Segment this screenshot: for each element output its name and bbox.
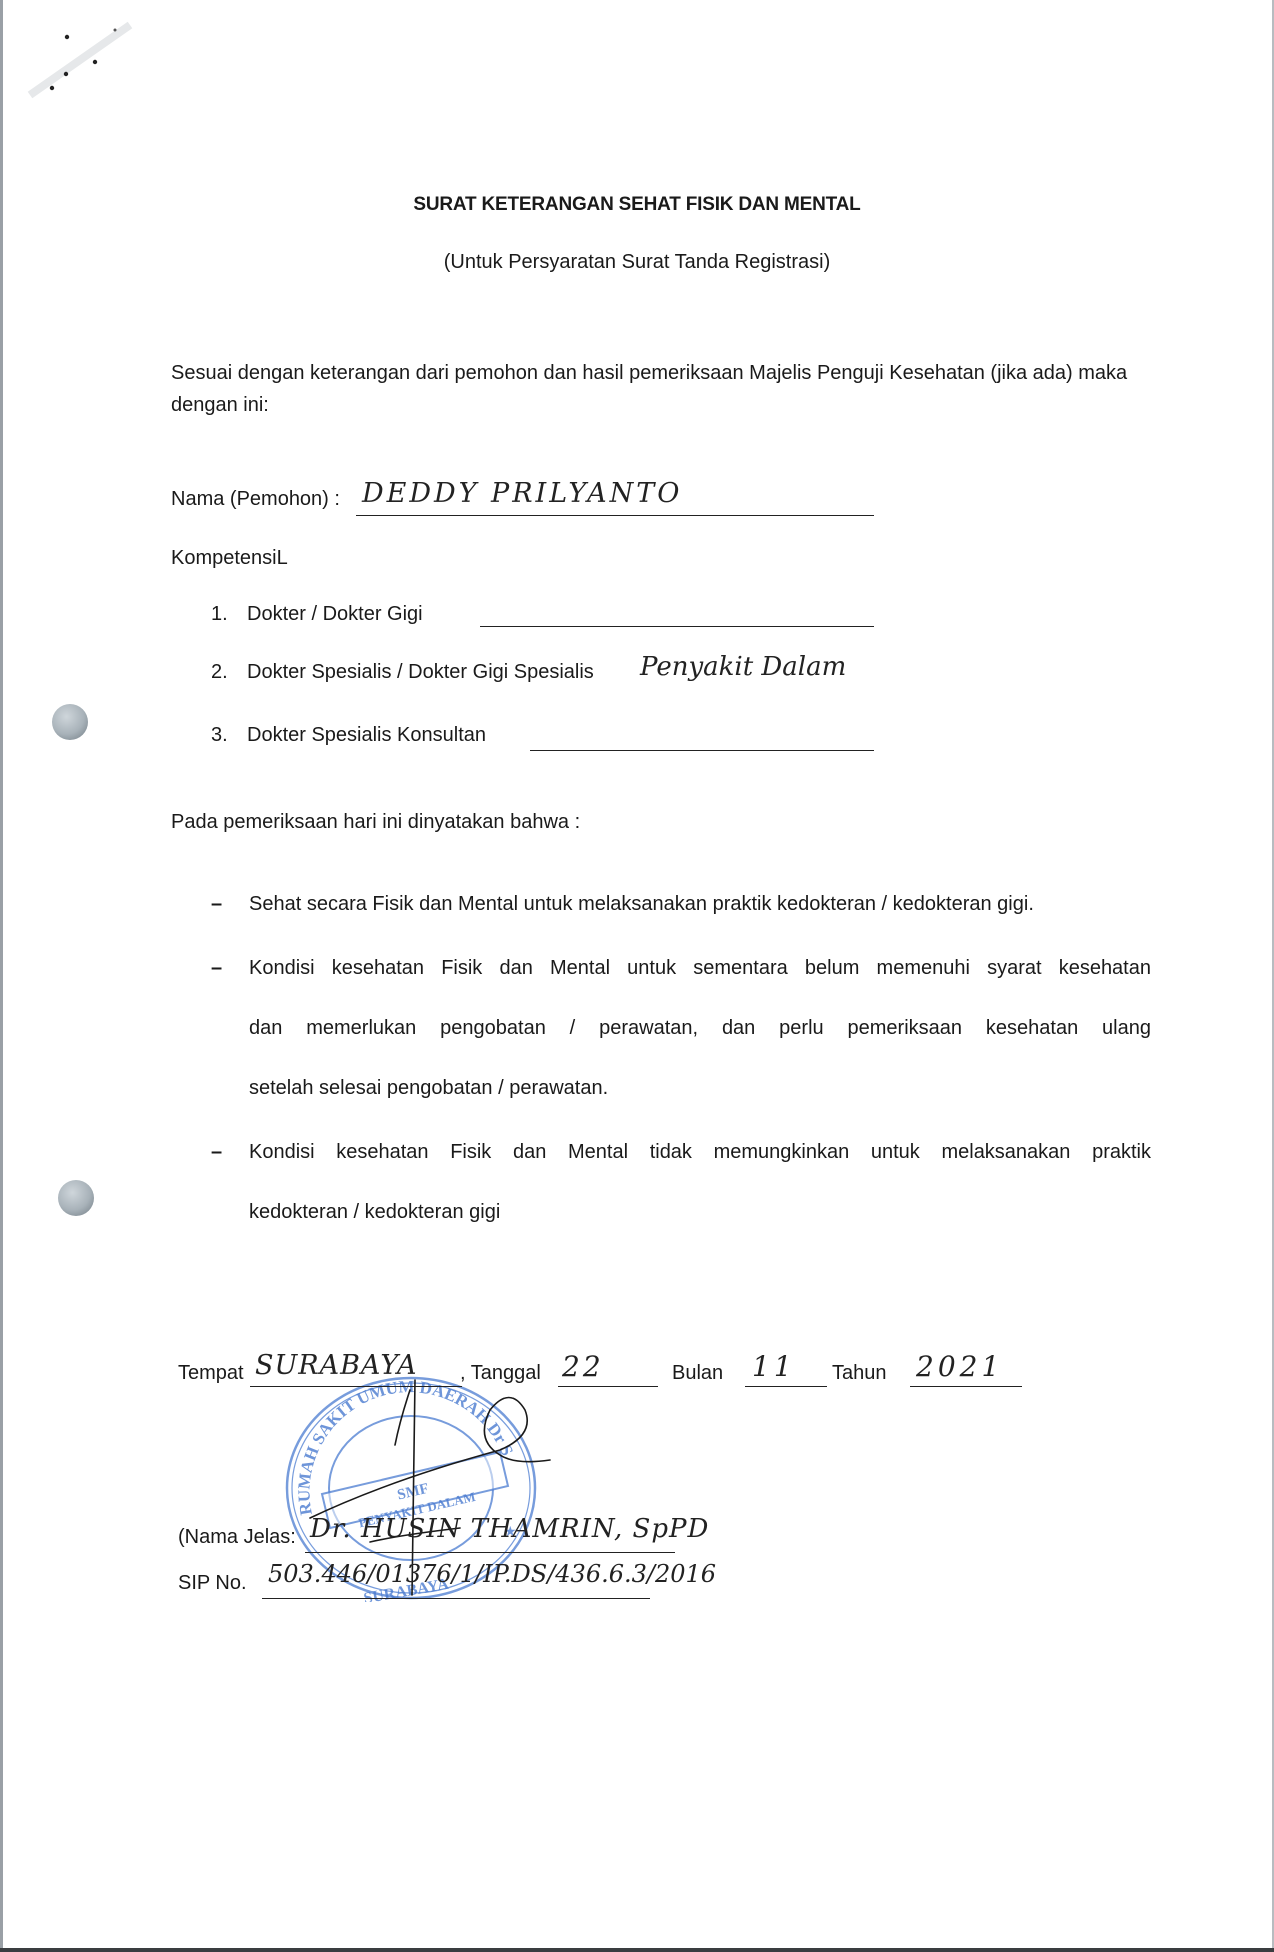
competence-label: KompetensiL (171, 547, 288, 570)
scan-edge-bottom (0, 1948, 1274, 1952)
sip-underline (262, 1598, 650, 1599)
full-name-field[interactable]: Dr. HUSIN THAMRIN, SpPD (310, 1514, 709, 1544)
full-name-label: (Nama Jelas: (178, 1526, 296, 1549)
place-underline (250, 1386, 462, 1387)
sip-field[interactable]: 503.446/01376/1/IP.DS/436.6.3/2016 (268, 1560, 716, 1588)
statement-2-line-1: Kondisi kesehatan Fisik dan Mental untuk… (249, 957, 1151, 980)
year-label: Tahun (832, 1362, 887, 1385)
month-underline (745, 1386, 827, 1387)
competence-item-2-number: 2. (211, 661, 228, 684)
punch-hole (58, 1180, 94, 1216)
statement-2-line-2: dan memerlukan pengobatan / perawatan, d… (249, 1017, 1151, 1040)
competence-item-3-underline (530, 750, 874, 751)
scan-specks (20, 15, 140, 105)
applicant-name-field[interactable]: DEDDY PRILYANTO (362, 478, 682, 509)
punch-hole (52, 704, 88, 740)
competence-item-2-label: Dokter Spesialis / Dokter Gigi Spesialis (247, 661, 594, 684)
competence-item-2-field[interactable]: Penyakit Dalam (640, 652, 846, 682)
month-field[interactable]: 11 (752, 1350, 796, 1383)
competence-item-1-label: Dokter / Dokter Gigi (247, 603, 423, 626)
applicant-label: Nama (Pemohon) : (171, 488, 340, 511)
statement-intro: Pada pemeriksaan hari ini dinyatakan bah… (171, 811, 580, 834)
document-title: SURAT KETERANGAN SEHAT FISIK DAN MENTAL (0, 194, 1274, 216)
applicant-underline (356, 515, 874, 516)
competence-item-1-underline (480, 626, 874, 627)
date-field[interactable]: 22 (562, 1350, 604, 1383)
date-label: , Tanggal (460, 1362, 541, 1385)
full-name-underline (305, 1552, 675, 1553)
scan-edge-left (0, 0, 3, 1952)
place-label: Tempat (178, 1362, 244, 1385)
intro-paragraph: Sesuai dengan keterangan dari pemohon da… (171, 357, 1161, 421)
statement-3-dash: – (211, 1141, 222, 1164)
statement-1-dash: – (211, 893, 222, 916)
statement-3-line-1: Kondisi kesehatan Fisik dan Mental tidak… (249, 1141, 1151, 1164)
place-field[interactable]: SURABAYA (255, 1350, 418, 1381)
statement-1-line-1: Sehat secara Fisik dan Mental untuk mela… (249, 893, 1034, 916)
year-underline (910, 1386, 1022, 1387)
date-underline (558, 1386, 658, 1387)
statement-2-line-3: setelah selesai pengobatan / perawatan. (249, 1077, 608, 1100)
month-label: Bulan (672, 1362, 723, 1385)
sip-label: SIP No. (178, 1572, 247, 1595)
year-field[interactable]: 2021 (916, 1350, 1003, 1383)
competence-item-3-number: 3. (211, 724, 228, 747)
competence-item-1-number: 1. (211, 603, 228, 626)
competence-item-3-label: Dokter Spesialis Konsultan (247, 724, 486, 747)
statement-3-line-2: kedokteran / kedokteran gigi (249, 1201, 500, 1224)
document-subtitle: (Untuk Persyaratan Surat Tanda Registras… (0, 251, 1274, 274)
statement-2-dash: – (211, 957, 222, 980)
